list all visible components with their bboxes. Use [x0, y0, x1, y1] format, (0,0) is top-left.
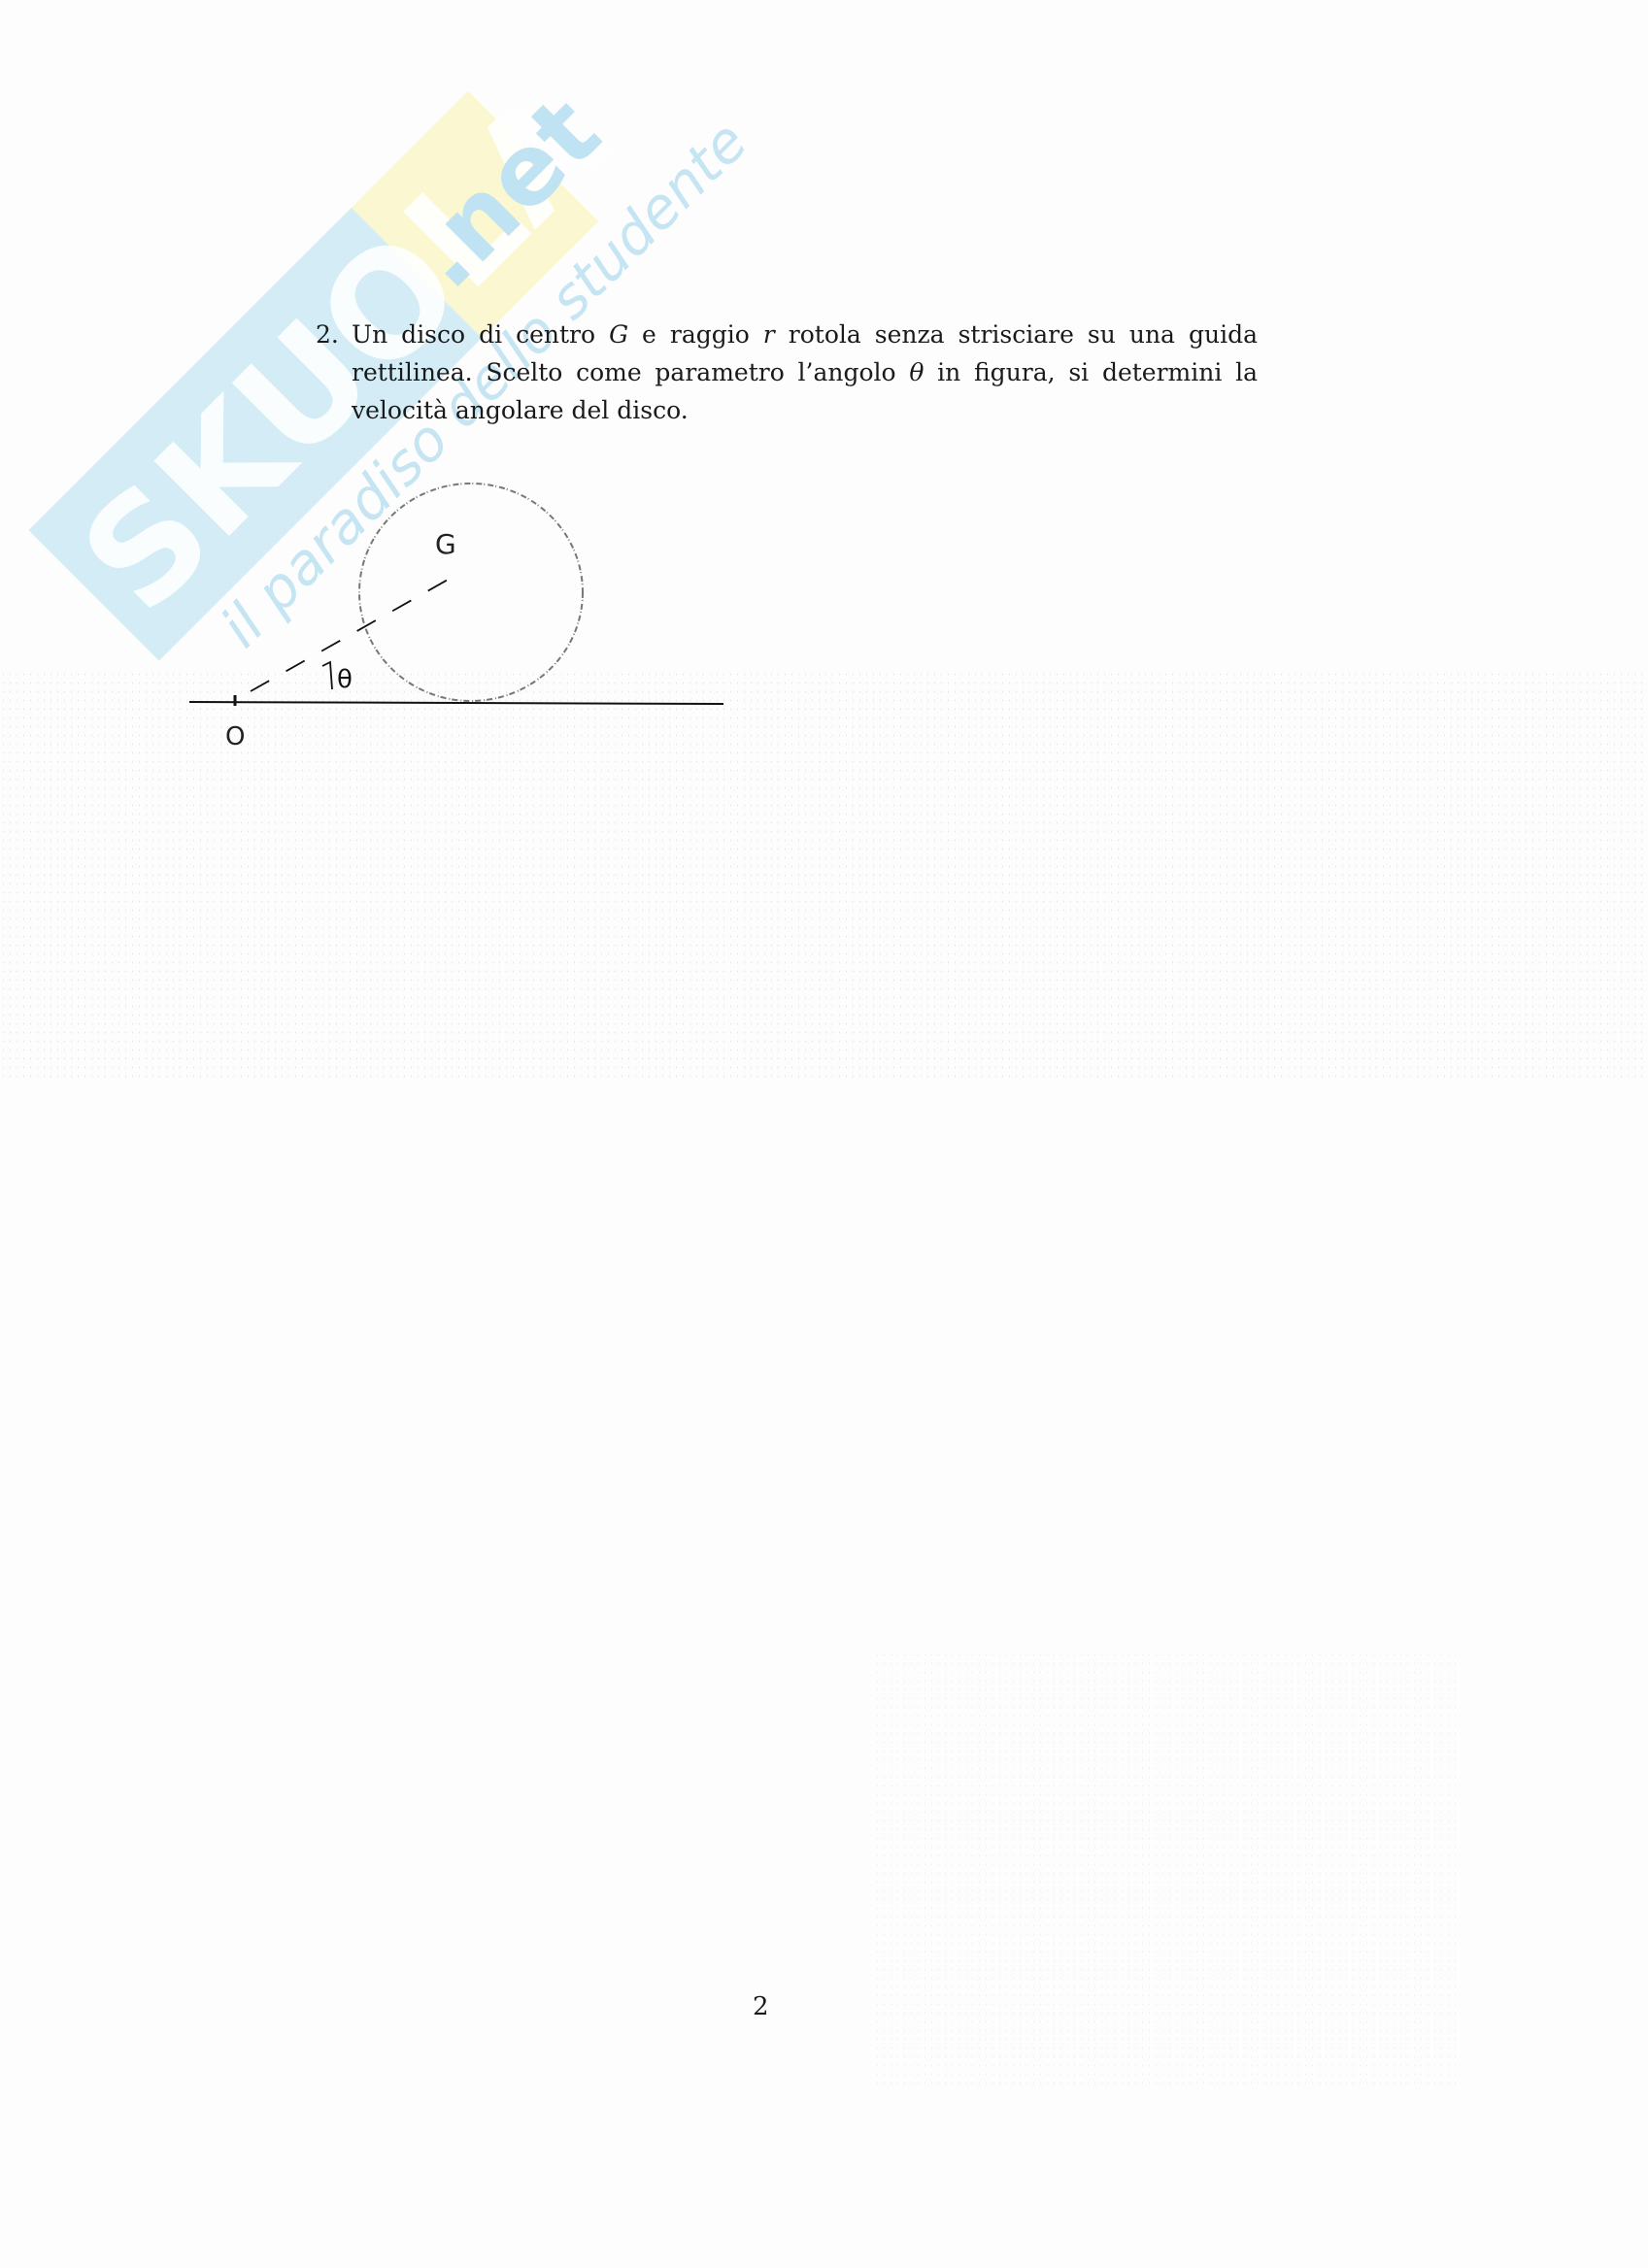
- math-r: r: [763, 320, 775, 349]
- problem-line-1: Un disco di centro G e raggio r rotola s…: [352, 316, 1258, 353]
- problem-text: Un disco di centro G e raggio r rotola s…: [352, 316, 1258, 429]
- problem-line-3: velocità angolare del disco.: [352, 391, 1258, 429]
- disc: [359, 484, 583, 701]
- problem-2: 2. Un disco di centro G e raggio r rotol…: [316, 316, 1258, 429]
- origin-label: O: [225, 722, 245, 751]
- angle-arrow: [322, 662, 332, 689]
- angle-label: θ: [337, 665, 353, 694]
- watermark-domain: .net: [387, 75, 622, 310]
- scan-noise: [874, 1651, 1457, 2087]
- segment-OG: [251, 575, 456, 691]
- ground-line: [189, 702, 723, 704]
- rolling-disc-figure: θ G O: [175, 437, 738, 757]
- math-G: G: [609, 320, 628, 349]
- problem-line-2: rettilinea. Scelto come parametro l’ango…: [352, 353, 1258, 391]
- center-label: G: [435, 528, 456, 560]
- math-theta: θ: [909, 358, 924, 386]
- watermark-yellow-band: [352, 91, 599, 339]
- problem-number: 2.: [316, 316, 339, 353]
- page-number: 2: [753, 1992, 769, 2021]
